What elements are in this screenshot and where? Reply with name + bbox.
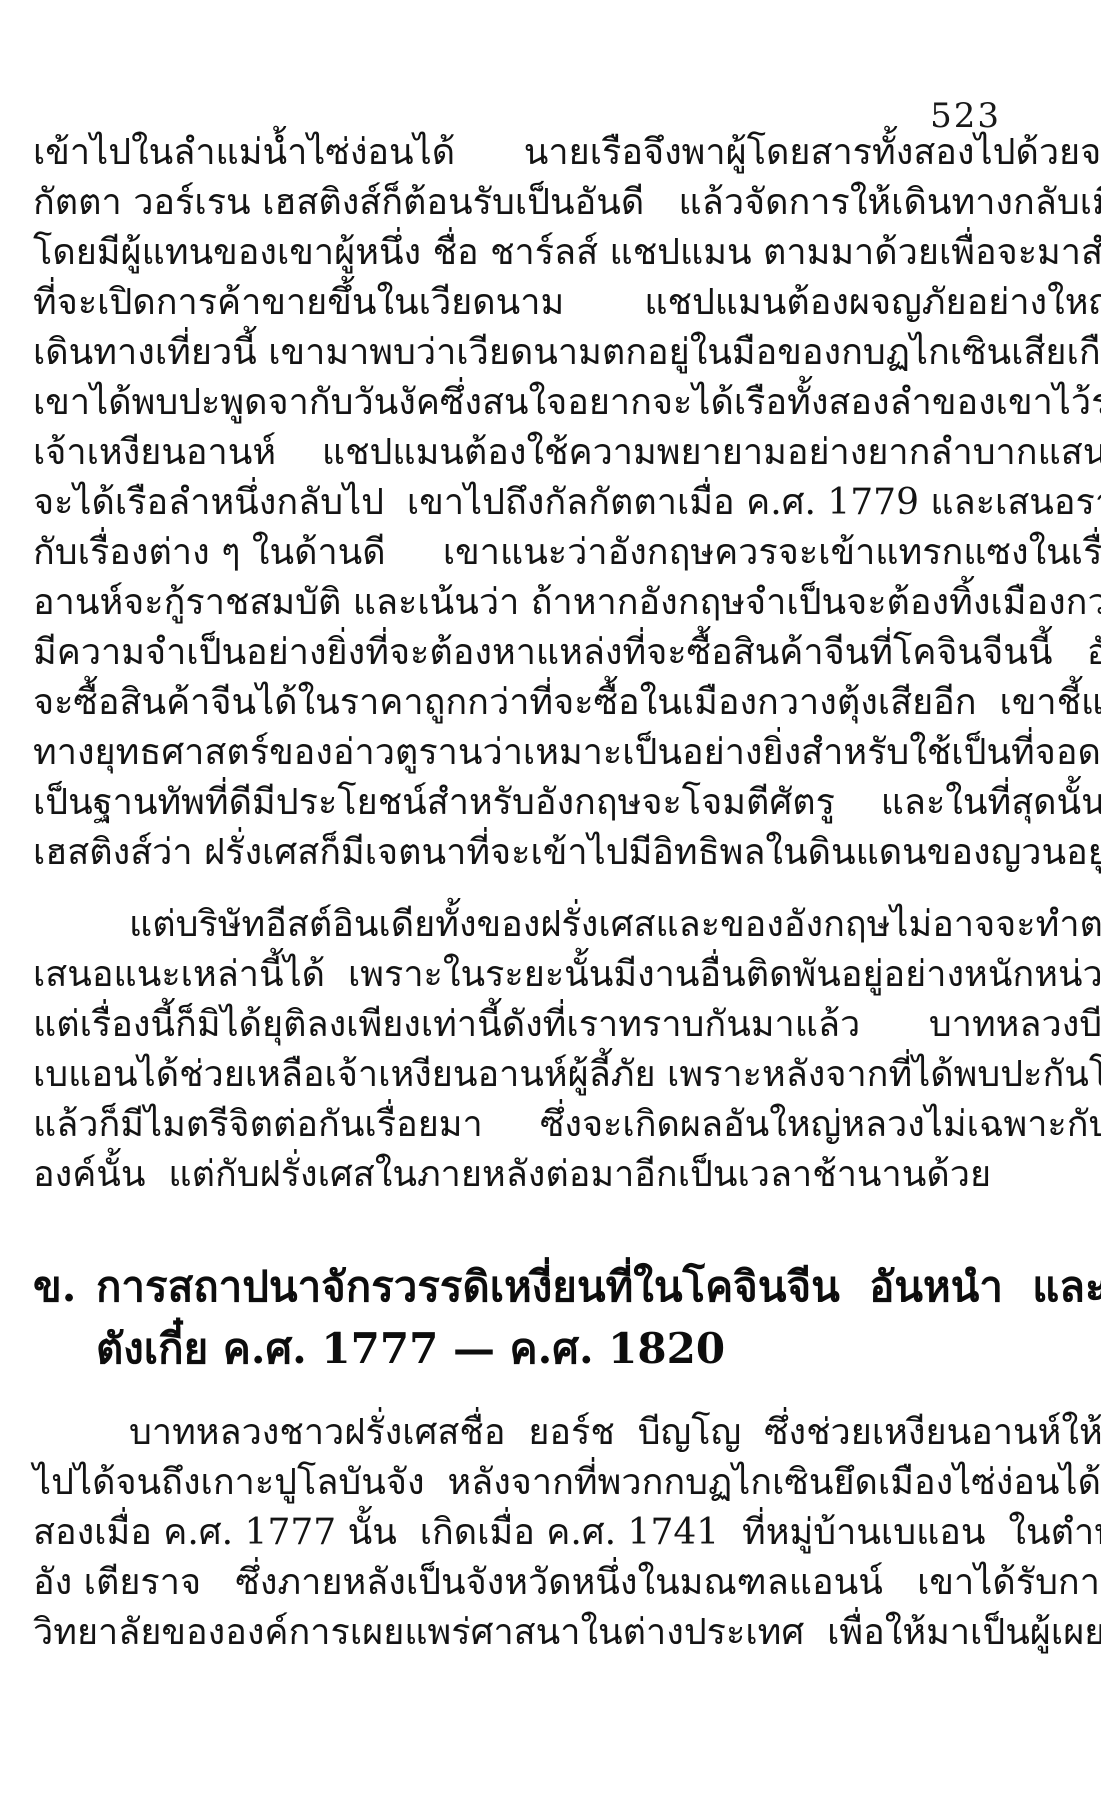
text-line: เขาได้พบปะพูดจากับวันงัคซึ่งสนใจอยากจะได… [33, 378, 1063, 428]
text-line: ไปได้จนถึงเกาะปูโลบันจัง หลังจากที่พวกกบ… [33, 1458, 1063, 1508]
section-heading-label: ข. [33, 1256, 96, 1380]
text-line: องค์นั้น แต่กับฝรั่งเศสในภายหลังต่อมาอีก… [33, 1150, 1063, 1200]
text-line: วิทยาลัยขององค์การเผยแพร่ศาสนาในต่างประเ… [33, 1608, 1063, 1658]
text-line: กับเรื่องต่าง ๆ ในด้านดี เขาแนะว่าอังกฤษ… [33, 528, 1063, 578]
text-line: เจ้าเหงียนอานห์ แชปแมนต้องใช้ความพยายามอ… [33, 428, 1063, 478]
text-line: เดินทางเที่ยวนี้ เขามาพบว่าเวียดนามตกอยู… [33, 328, 1063, 378]
text-line: อัง เตียราจ ซึ่งภายหลังเป็นจังหวัดหนึ่งใ… [33, 1558, 1063, 1608]
text-line: ที่จะเปิดการค้าขายขึ้นในเวียดนาม แชปแมนต… [33, 278, 1063, 328]
text-line: บาทหลวงชาวฝรั่งเศสชื่อ ยอร์ช บีญโญ ซึ่งช… [33, 1408, 1063, 1458]
text-line: เฮสติงส์ว่า ฝรั่งเศสก็มีเจตนาที่จะเข้าไป… [33, 828, 1063, 878]
section-heading-text: การสถาปนาจักรวรรดิเหงี่ยนที่ในโคจินจีน อ… [96, 1256, 1101, 1380]
heading-line: ตังเกี๋ย ค.ศ. 1777 — ค.ศ. 1820 [96, 1318, 1101, 1380]
text-line: เสนอแนะเหล่านี้ได้ เพราะในระยะนั้นมีงานอ… [33, 950, 1063, 1000]
text-line: มีความจำเป็นอย่างยิ่งที่จะต้องหาแหล่งที่… [33, 628, 1063, 678]
text-line: เข้าไปในลำแม่น้ำไซ่ง่อนได้ นายเรือจึงพาผ… [33, 128, 1063, 178]
scanned-book-page: 523 เข้าไปในลำแม่น้ำไซ่ง่อนได้ นายเรือจึ… [0, 0, 1101, 1800]
text-line: แต่บริษัทอีสต์อินเดียทั้งของฝรั่งเศสและข… [33, 900, 1063, 950]
text-line: โดยมีผู้แทนของเขาผู้หนึ่ง ชื่อ ชาร์ลส์ แ… [33, 228, 1063, 278]
text-line: แต่เรื่องนี้ก็มิได้ยุติลงเพียงเท่านี้ดัง… [33, 1000, 1063, 1050]
text-line: ทางยุทธศาสตร์ของอ่าวตูรานว่าเหมาะเป็นอย่… [33, 728, 1063, 778]
section-heading: ข. การสถาปนาจักรวรรดิเหงี่ยนที่ในโคจินจี… [33, 1256, 1063, 1380]
paragraph-3: บาทหลวงชาวฝรั่งเศสชื่อ ยอร์ช บีญโญ ซึ่งช… [33, 1408, 1063, 1658]
page-body: เข้าไปในลำแม่น้ำไซ่ง่อนได้ นายเรือจึงพาผ… [33, 128, 1063, 1658]
paragraph-1: เข้าไปในลำแม่น้ำไซ่ง่อนได้ นายเรือจึงพาผ… [33, 128, 1063, 878]
text-line: แล้วก็มีไมตรีจิตต่อกันเรื่อยมา ซึ่งจะเกิ… [33, 1100, 1063, 1150]
text-line: จะได้เรือลำหนึ่งกลับไป เขาไปถึงกัลกัตตาเ… [33, 478, 1063, 528]
text-line: สองเมื่อ ค.ศ. 1777 นั้น เกิดเมื่อ ค.ศ. 1… [33, 1508, 1063, 1558]
heading-line: การสถาปนาจักรวรรดิเหงี่ยนที่ในโคจินจีน อ… [96, 1256, 1101, 1318]
text-line: กัตตา วอร์เรน เฮสติงส์ก็ต้อนรับเป็นอันดี… [33, 178, 1063, 228]
paragraph-2: แต่บริษัทอีสต์อินเดียทั้งของฝรั่งเศสและข… [33, 900, 1063, 1200]
text-line: เป็นฐานทัพที่ดีมีประโยชน์สำหรับอังกฤษจะโ… [33, 778, 1063, 828]
text-line: อานห์จะกู้ราชสมบัติ และเน้นว่า ถ้าหากอัง… [33, 578, 1063, 628]
text-line: จะซื้อสินค้าจีนได้ในราคาถูกกว่าที่จะซื้อ… [33, 678, 1063, 728]
text-line: เบแอนได้ช่วยเหลือเจ้าเหงียนอานห์ผู้ลี้ภั… [33, 1050, 1063, 1100]
